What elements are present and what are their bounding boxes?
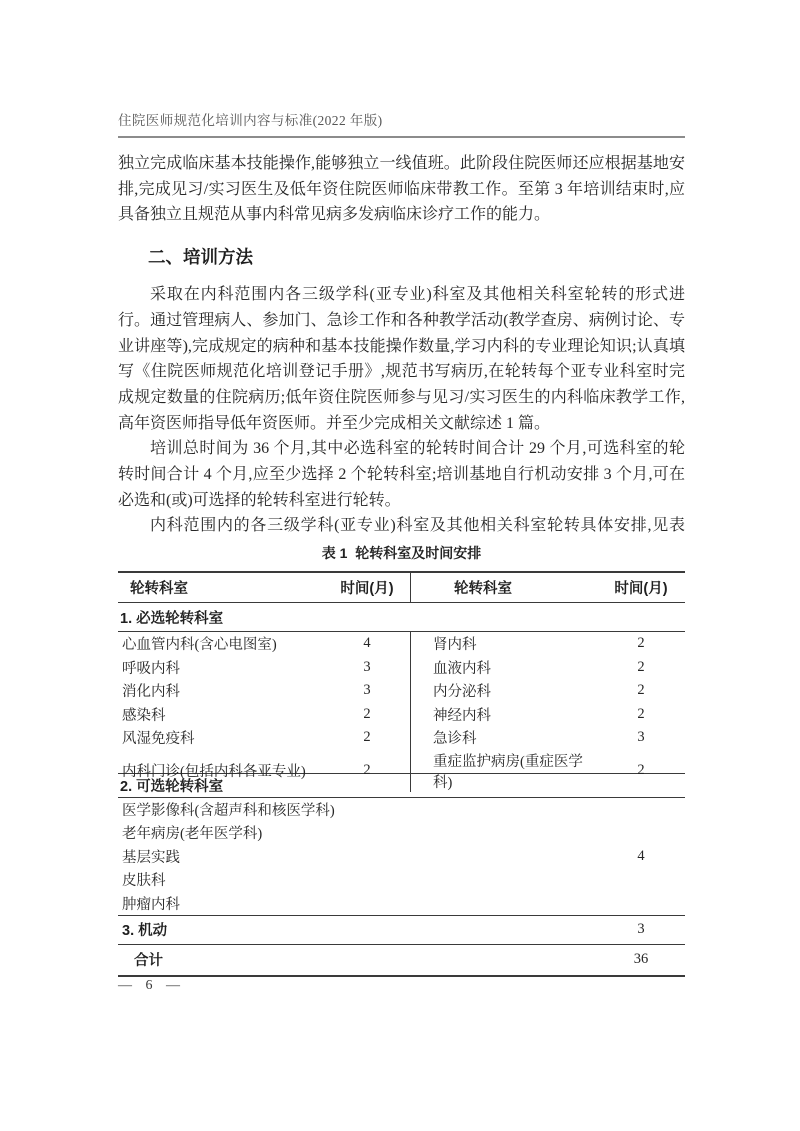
dept-name: 老年病房(老年医学科) (118, 822, 597, 843)
dept-name: 感染科 (118, 704, 324, 725)
total-row: 合计 36 (118, 945, 685, 976)
header-dept-left: 轮转科室 (118, 577, 324, 598)
table-row: 医学影像科(含超声科和核医学科) (118, 798, 685, 822)
dept-name: 心血管内科(含心电图室) (118, 633, 324, 654)
paragraph-training-method: 采取在内科范围内各三级学科(亚专业)科室及其他相关科室轮转的形式进行。通过管理病… (118, 282, 685, 436)
table-row: 消化内科 3 内分泌科 2 (118, 679, 685, 703)
section-label: 3. 机动 (118, 919, 597, 940)
section-heading: 二、培训方法 (118, 245, 685, 269)
dept-months: 2 (597, 682, 685, 699)
dept-name: 内分泌科 (411, 680, 597, 701)
rotation-schedule-table: 轮转科室 时间(月) 轮转科室 时间(月) 1. 必选轮转科室 心血管内科(含心… (118, 571, 685, 977)
table-row: 感染科 2 神经内科 2 (118, 703, 685, 727)
section-label: 2. 可选轮转科室 (118, 775, 685, 796)
dept-months: 2 (597, 659, 685, 676)
dept-name: 风湿免疫科 (118, 727, 324, 748)
section-flexible-row: 3. 机动 3 (118, 916, 685, 945)
table-title: 表 1 轮转科室及时间安排 (118, 543, 685, 563)
section-required-label-row: 1. 必选轮转科室 (118, 603, 685, 632)
dept-months: 2 (597, 706, 685, 723)
table-row: 呼吸内科 3 血液内科 2 (118, 656, 685, 680)
section-required-rows: 心血管内科(含心电图室) 4 肾内科 2 呼吸内科 3 血液内科 2 消化内科 … (118, 632, 685, 774)
dept-name: 肾内科 (411, 633, 597, 654)
table-header-row: 轮转科室 时间(月) 轮转科室 时间(月) (118, 573, 685, 603)
dept-months: 3 (324, 659, 410, 676)
table-row: 风湿免疫科 2 急诊科 3 (118, 726, 685, 750)
total-months: 36 (597, 951, 685, 968)
table-row: 老年病房(老年医学科) (118, 821, 685, 845)
dept-name: 基层实践 (118, 846, 597, 867)
dept-months: 3 (597, 729, 685, 746)
dept-months: 3 (597, 921, 685, 938)
dept-months: 3 (324, 682, 410, 699)
dept-name: 神经内科 (411, 704, 597, 725)
dept-name: 呼吸内科 (118, 657, 324, 678)
dept-name: 皮肤科 (118, 869, 597, 890)
paragraph-training-duration: 培训总时间为 36 个月,其中必选科室的轮转时间合计 29 个月,可选科室的轮转… (118, 436, 685, 513)
paragraph-table-reference: 内科范围内的各三级学科(亚专业)科室及其他相关科室轮转具体安排,见表 1。 (118, 513, 685, 543)
dept-months: 2 (597, 635, 685, 652)
header-dept-right: 轮转科室 (411, 577, 597, 598)
header-months-left: 时间(月) (324, 577, 410, 598)
dept-months: 2 (324, 729, 410, 746)
table-row: 基层实践 4 (118, 845, 685, 869)
dept-name: 医学影像科(含超声科和核医学科) (118, 799, 597, 820)
dept-name: 急诊科 (411, 727, 597, 748)
table-row: 肿瘤内科 (118, 892, 685, 916)
table-row: 皮肤科 (118, 868, 685, 892)
page-number: — 6 — (118, 978, 185, 994)
section-optional-label-row: 2. 可选轮转科室 (118, 774, 685, 798)
document-page: 住院医师规范化培训内容与标准(2022 年版) 独立完成临床基本技能操作,能够独… (0, 0, 800, 1131)
dept-name: 消化内科 (118, 680, 324, 701)
dept-months: 2 (324, 706, 410, 723)
page-content: 独立完成临床基本技能操作,能够独立一线值班。此阶段住院医师还应根据基地安排,完成… (118, 151, 685, 543)
dept-months: 4 (324, 635, 410, 652)
dept-name: 肿瘤内科 (118, 893, 597, 914)
running-head-rule (118, 136, 685, 138)
table-row: 内科门诊(包括内科各亚专业) 2 重症监护病房(重症医学科) 2 (118, 750, 685, 774)
running-head: 住院医师规范化培训内容与标准(2022 年版) (118, 109, 685, 129)
dept-months: 4 (597, 848, 685, 865)
dept-name: 血液内科 (411, 657, 597, 678)
section-optional-rows: 医学影像科(含超声科和核医学科) 老年病房(老年医学科) 基层实践 4 皮肤科 … (118, 798, 685, 917)
table-row: 心血管内科(含心电图室) 4 肾内科 2 (118, 632, 685, 656)
section-label: 1. 必选轮转科室 (118, 607, 685, 628)
header-months-right: 时间(月) (597, 577, 685, 598)
paragraph-continuation: 独立完成临床基本技能操作,能够独立一线值班。此阶段住院医师还应根据基地安排,完成… (118, 151, 685, 228)
total-label: 合计 (118, 949, 597, 970)
